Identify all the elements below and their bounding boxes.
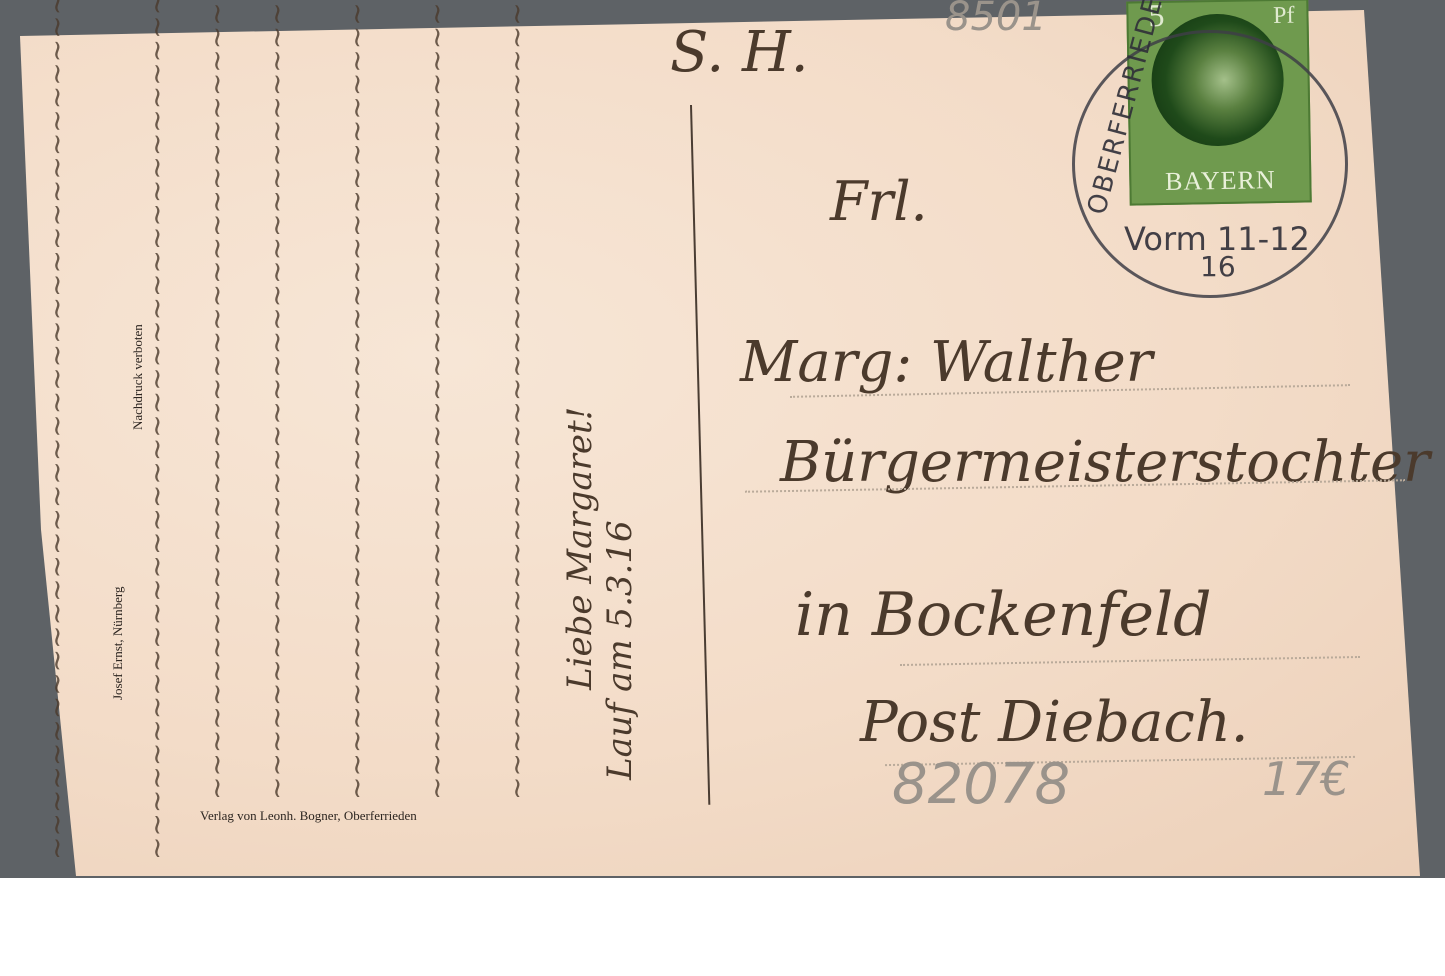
address-line-3: in Bockenfeld [795, 580, 1212, 650]
address-line-4: Post Diebach. [860, 690, 1249, 755]
address-salutation: S. H. [670, 20, 809, 85]
pencil-price: 17€ [1262, 752, 1350, 806]
message-line: ~~~~~~~~~~~~~~~~~~~~~~~~~~~~~~~~~~~~~~ [260, 0, 293, 800]
message-line: ~~~~~~~~~~~~~~~~~~~~~~~~~~~~~~~~~~~~~~~~ [140, 0, 173, 860]
message-dateline: Lauf am 5.3.16 [600, 520, 640, 780]
message-line: ~~~~~~~~~~~~~~~~~~~~~~~~~~~~~~~~~~~~~~ [500, 0, 533, 800]
publisher-side-text: Josef Ernst, Nürnberg [110, 587, 126, 701]
pencil-note-top: 8501 [945, 0, 1047, 40]
message-line: ~~~~~~~~~~~~~~~~~~~~~~~~~~~~~~~~~~~~~~ [200, 0, 233, 800]
message-line: ~~~~~~~~~~~~~~~~~~~~~~~~~~~~~~~~~~~~~~~~ [40, 0, 73, 860]
message-line: ~~~~~~~~~~~~~~~~~~~~~~~~~~~~~~~~~~~~~~ [340, 0, 373, 800]
address-line-1: Marg: Walther [740, 330, 1152, 395]
message-greeting: Liebe Margaret! [560, 407, 600, 690]
pencil-inventory-number: 82078 [892, 752, 1070, 817]
message-line: ~~~~~~~~~~~~~~~~~~~~~~~~~~~~~~~~~~~~~~ [420, 0, 453, 800]
postmark-year: 16 [1200, 250, 1236, 283]
publisher-bottom-text: Verlag von Leonh. Bogner, Oberferrieden [200, 808, 417, 824]
address-title: Frl. [830, 170, 928, 233]
stamp-unit: Pf [1273, 3, 1295, 30]
